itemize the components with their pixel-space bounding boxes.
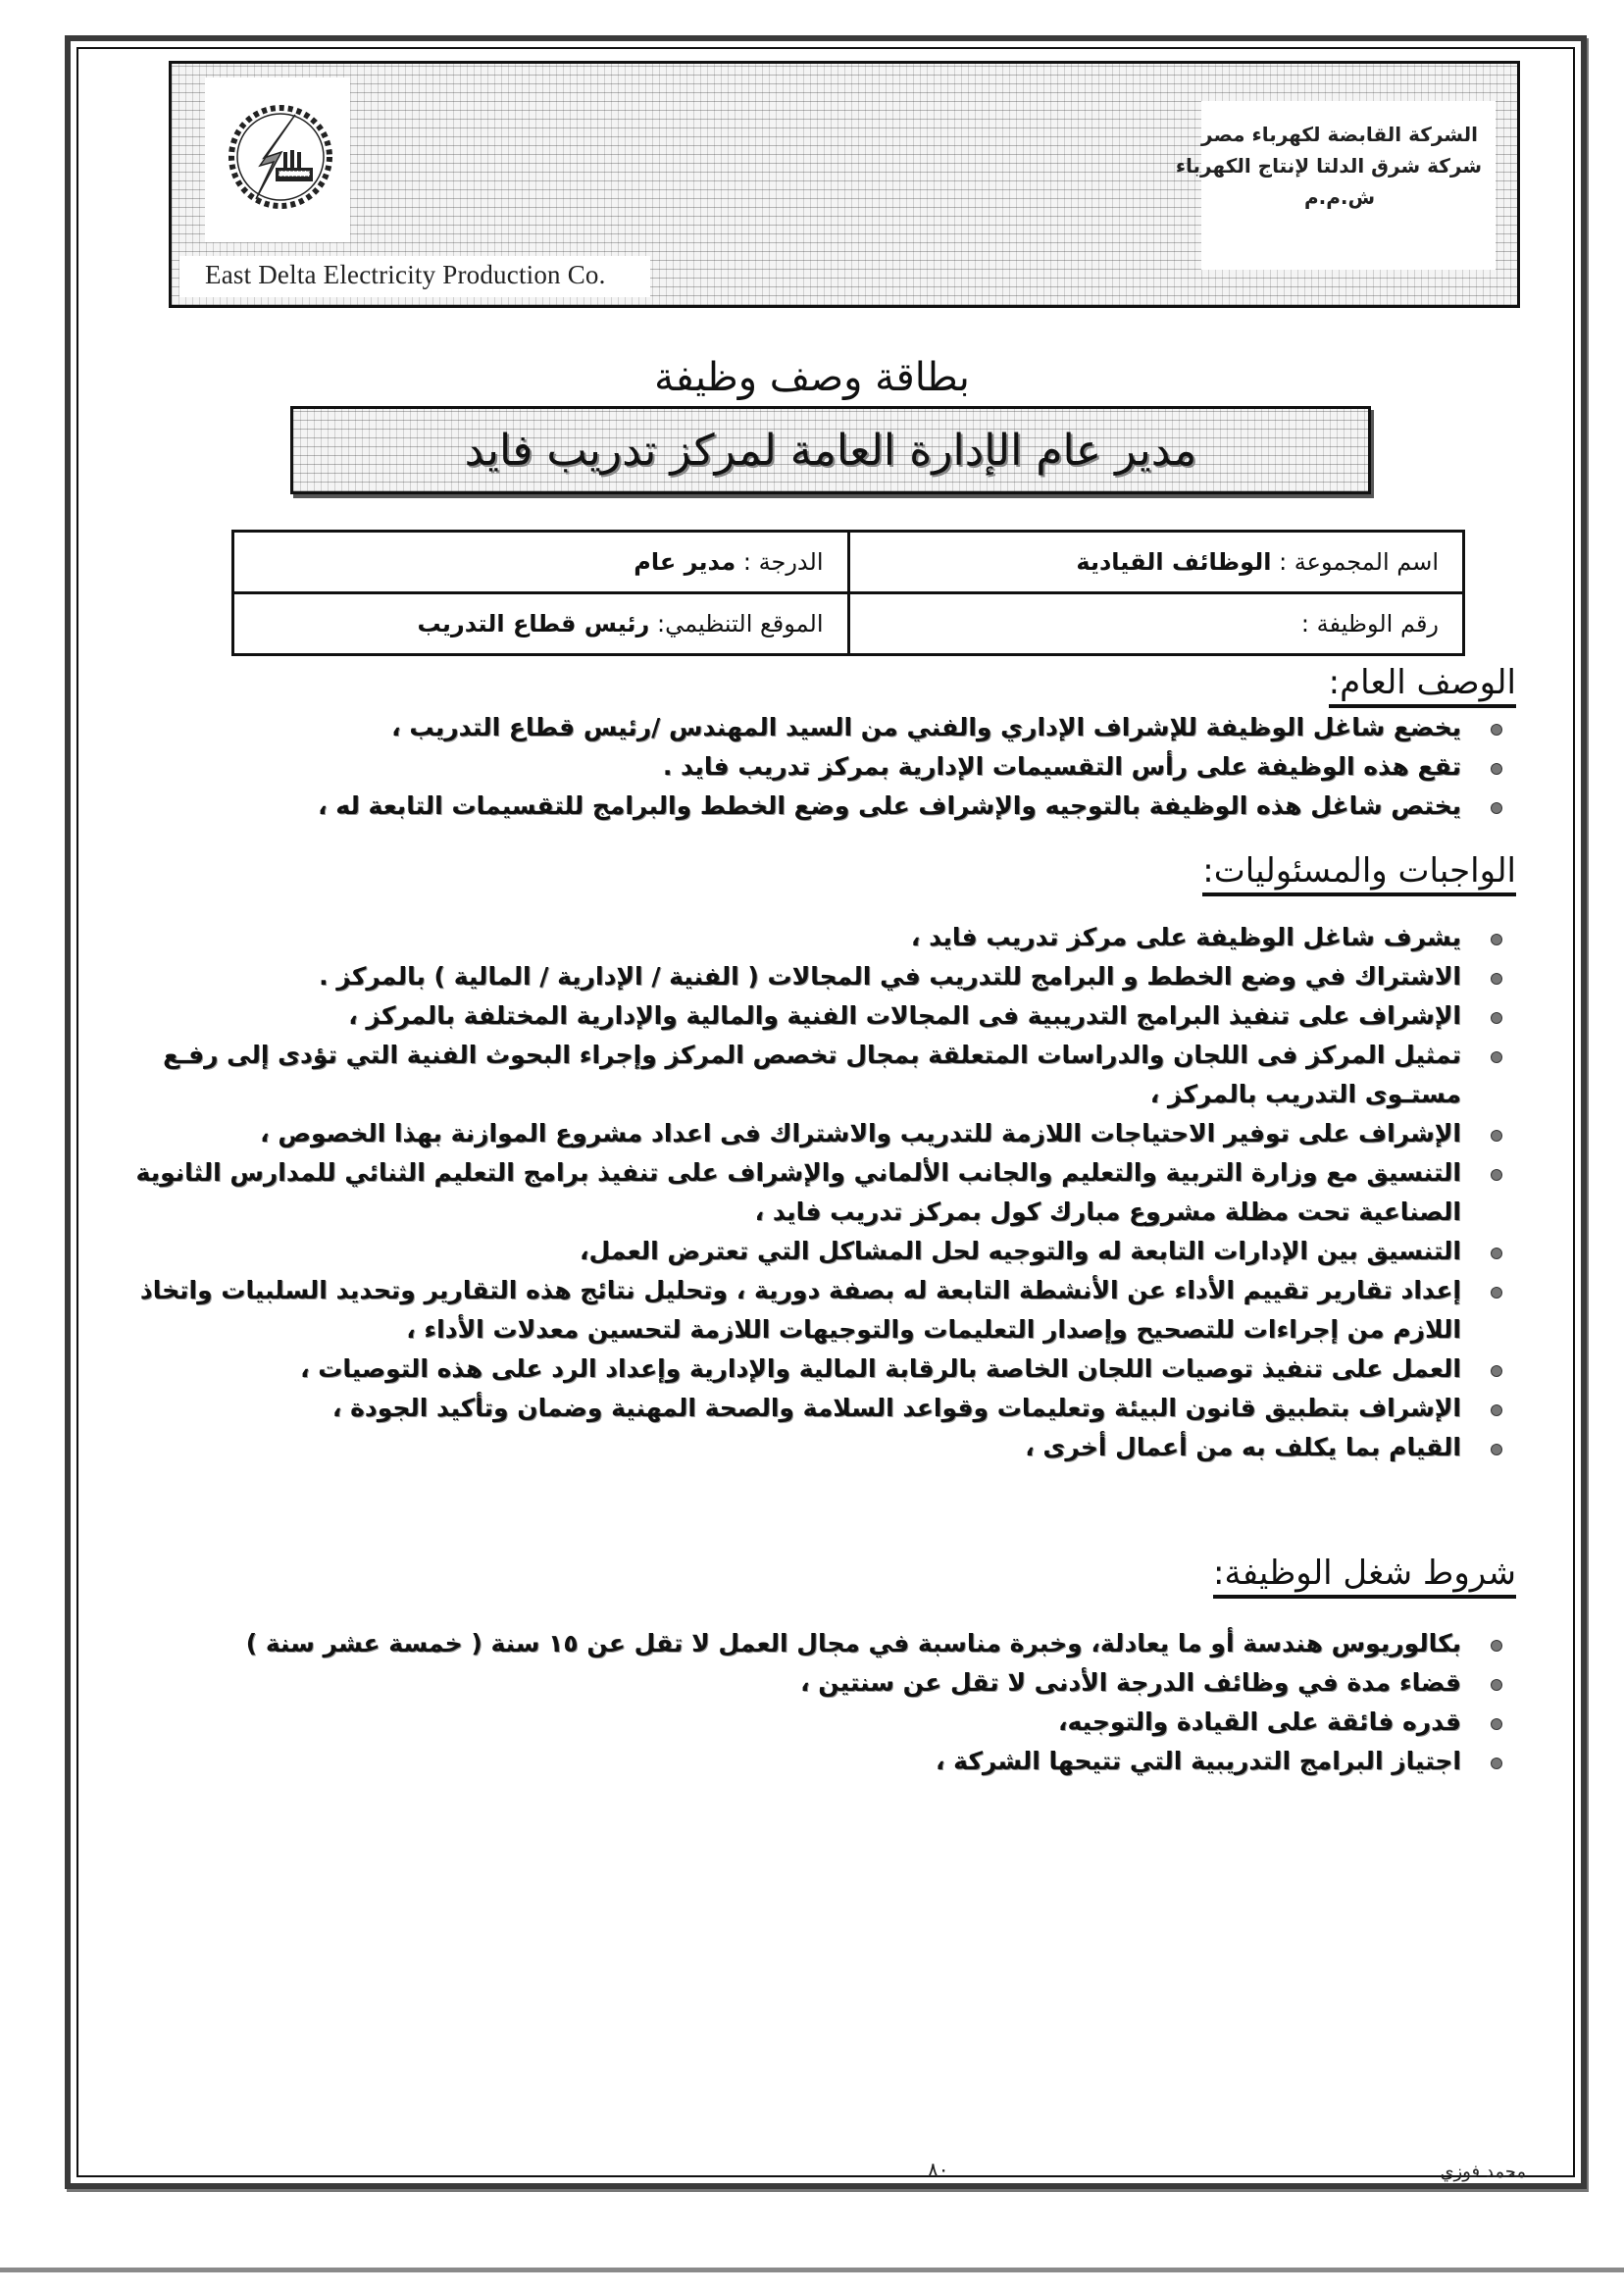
bullet-icon [1491, 1718, 1502, 1730]
company-name-english: East Delta Electricity Production Co. [205, 260, 606, 290]
bullet-icon [1491, 1287, 1502, 1299]
company-logo-icon [227, 93, 334, 221]
bullet-icon [1491, 763, 1502, 775]
company-type: ش.م.م [1197, 181, 1482, 213]
group-label: اسم المجموعة : [1279, 548, 1439, 576]
list-item: بكالوريوس هندسة أو ما يعادلة، وخبرة مناس… [104, 1624, 1516, 1663]
bullet-icon [1491, 1679, 1502, 1691]
job-title: مدير عام الإدارة العامة لمركز تدريب فايد [465, 426, 1197, 476]
duties-section: الواجبات والمسئوليات: يشرف شاغل الوظيفة … [104, 851, 1516, 1467]
list-item: التنسيق مع وزارة التربية والتعليم والجان… [104, 1153, 1516, 1232]
company-name-ar: شركة شرق الدلتا لإنتاج الكهرباء [1197, 150, 1482, 181]
company-name-arabic: الشركة القابضة لكهرباء مصر شركة شرق الدل… [1197, 119, 1482, 213]
list-item: الإشراف بتطبيق قانون البيئة وتعليمات وقو… [104, 1389, 1516, 1428]
list-item: العمل على تنفيذ توصيات اللجان الخاصة بال… [104, 1350, 1516, 1389]
bullet-icon [1491, 973, 1502, 985]
bullet-icon [1491, 1012, 1502, 1024]
list-item: قدره فائقة على القيادة والتوجيه، [104, 1703, 1516, 1742]
author-signature: محمد فوزي [1440, 2162, 1526, 2182]
bullet-icon [1491, 802, 1502, 814]
list-item: تقع هذه الوظيفة على رأس التقسيمات الإدار… [104, 747, 1516, 787]
bullet-icon [1491, 1365, 1502, 1377]
list-item: يخضع شاغل الوظيفة للإشراف الإداري والفني… [104, 708, 1516, 747]
list-item: اجتياز البرامج التدريبية التي تتيحها الش… [104, 1742, 1516, 1781]
list-item: تمثيل المركز فى اللجان والدراسات المتعلق… [104, 1036, 1516, 1114]
grade-label: الدرجة : [743, 548, 824, 576]
grade-value: مدير عام [634, 548, 736, 576]
list-item: الإشراف على تنفيذ البرامج التدريبية فى ا… [104, 996, 1516, 1036]
group-value: الوظائف القيادية [1076, 548, 1271, 576]
bullet-icon [1491, 1169, 1502, 1181]
requirements-heading: شروط شغل الوظيفة: [1213, 1554, 1516, 1599]
holding-company-name: الشركة القابضة لكهرباء مصر [1197, 119, 1482, 150]
bullet-icon [1491, 1640, 1502, 1652]
general-description-section: الوصف العام: يخضع شاغل الوظيفة للإشراف ا… [104, 663, 1516, 826]
bullet-icon [1491, 1130, 1502, 1142]
job-info-table: اسم المجموعة : الوظائف القيادية الدرجة :… [231, 530, 1465, 656]
list-item: إعداد تقارير تقييم الأداء عن الأنشطة الت… [104, 1271, 1516, 1350]
bullet-icon [1491, 1404, 1502, 1416]
list-item: القيام بما يكلف به من أعمال أخرى ، [104, 1428, 1516, 1467]
bullet-icon [1491, 934, 1502, 945]
org-position-cell: الموقع التنظيمي: رئيس قطاع التدريب [233, 593, 849, 655]
info-row: رقم الوظيفة : الموقع التنظيمي: رئيس قطاع… [233, 593, 1464, 655]
list-item: يشرف شاغل الوظيفة على مركز تدريب فايد ، [104, 918, 1516, 957]
list-item: الإشراف على توفير الاحتياجات اللازمة للت… [104, 1114, 1516, 1153]
list-item: الاشتراك في وضع الخطط و البرامج للتدريب … [104, 957, 1516, 996]
bullet-icon [1491, 1248, 1502, 1259]
requirements-list: بكالوريوس هندسة أو ما يعادلة، وخبرة مناس… [104, 1624, 1516, 1781]
job-number-cell: رقم الوظيفة : [848, 593, 1464, 655]
group-cell: اسم المجموعة : الوظائف القيادية [848, 532, 1464, 593]
requirements-section: شروط شغل الوظيفة: بكالوريوس هندسة أو ما … [104, 1554, 1516, 1781]
duties-heading: الواجبات والمسئوليات: [1202, 851, 1516, 896]
bullet-icon [1491, 1444, 1502, 1455]
job-title-box: مدير عام الإدارة العامة لمركز تدريب فايد [290, 406, 1371, 494]
general-description-list: يخضع شاغل الوظيفة للإشراف الإداري والفني… [104, 708, 1516, 826]
org-position-value: رئيس قطاع التدريب [417, 610, 649, 637]
list-item: التنسيق بين الإدارات التابعة له والتوجيه… [104, 1232, 1516, 1271]
page-number: ٨٠ [928, 2158, 948, 2181]
bullet-icon [1491, 724, 1502, 736]
list-item: يختص شاغل هذه الوظيفة بالتوجيه والإشراف … [104, 787, 1516, 826]
scan-bottom-edge [0, 2268, 1624, 2272]
bullet-icon [1491, 1758, 1502, 1769]
info-row: اسم المجموعة : الوظائف القيادية الدرجة :… [233, 532, 1464, 593]
general-description-heading: الوصف العام: [1329, 663, 1516, 708]
letterhead-box: East Delta Electricity Production Co. ال… [169, 61, 1520, 308]
card-title: بطاقة وصف وظيفة [0, 355, 1624, 400]
job-number-label: رقم الوظيفة : [1301, 610, 1439, 637]
bullet-icon [1491, 1051, 1502, 1063]
org-position-label: الموقع التنظيمي: [657, 610, 824, 637]
duties-list: يشرف شاغل الوظيفة على مركز تدريب فايد ، … [104, 918, 1516, 1467]
list-item: قضاء مدة في وظائف الدرجة الأدنى لا تقل ع… [104, 1663, 1516, 1703]
grade-cell: الدرجة : مدير عام [233, 532, 849, 593]
